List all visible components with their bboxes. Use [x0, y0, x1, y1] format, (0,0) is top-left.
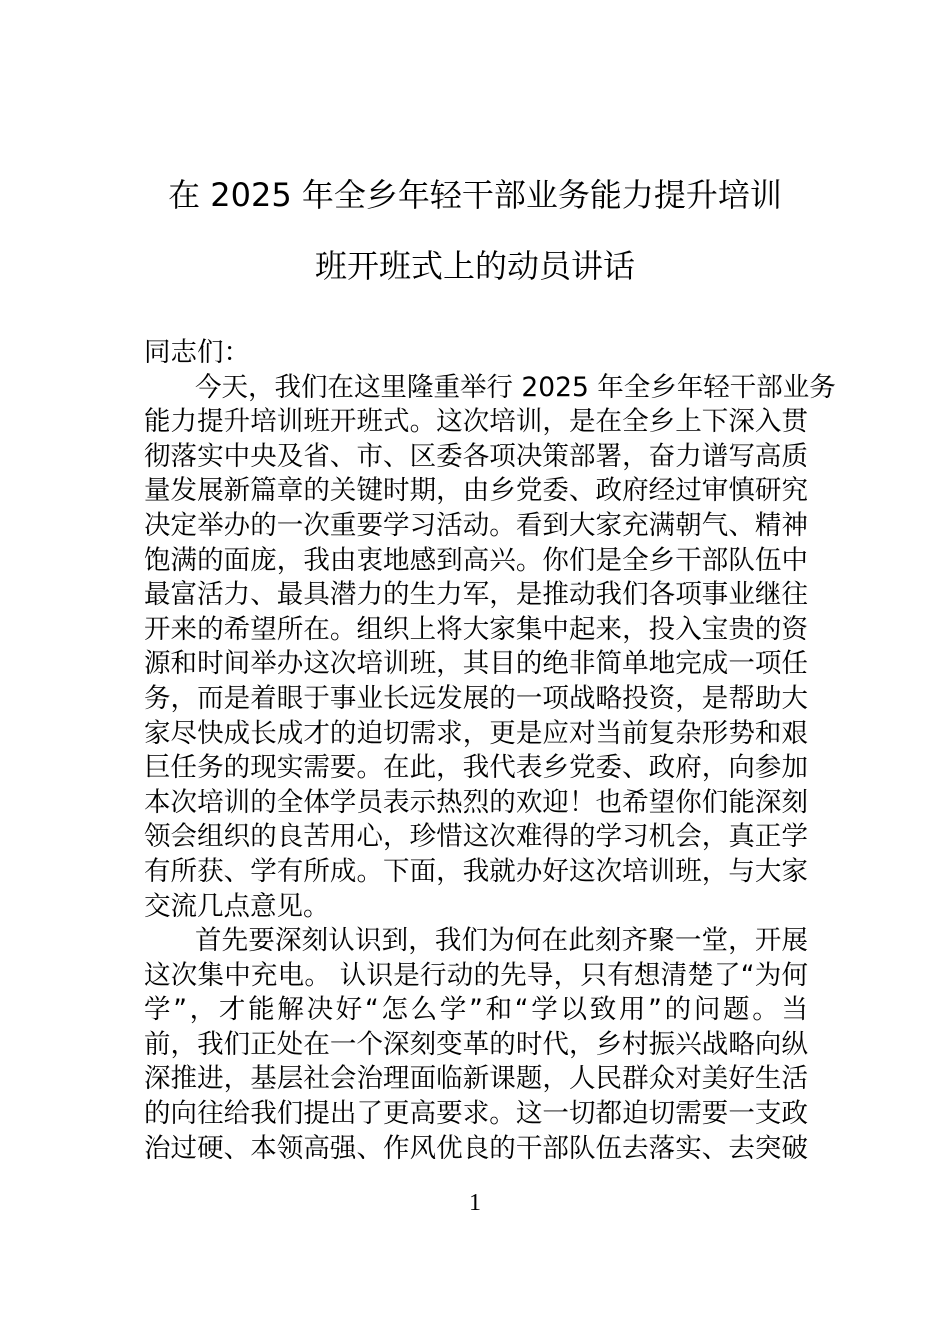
- document-body: 同志们： 今天，我们在这里隆重举行 2025 年全乡年轻干部业务 能力提升培训班…: [144, 336, 808, 1166]
- paragraph-line: 务，而是着眼于事业长远发展的一项战略投资，是帮助大: [144, 682, 808, 717]
- paragraph-line: 的向往给我们提出了更高要求。这一切都迫切需要一支政: [144, 1097, 808, 1132]
- paragraph-line: 本次培训的全体学员表示热烈的欢迎！也希望你们能深刻: [144, 786, 808, 821]
- paragraph-line: 学”，才能解决好“怎么学”和“学以致用”的问题。当: [144, 993, 808, 1028]
- paragraph-opening: 今天，我们在这里隆重举行 2025 年全乡年轻干部业务 能力提升培训班开班式。这…: [144, 371, 808, 925]
- paragraph-line: 饱满的面庞，我由衷地感到高兴。你们是全乡干部队伍中: [144, 544, 808, 579]
- paragraph-line: 能力提升培训班开班式。这次培训，是在全乡上下深入贯: [144, 405, 808, 440]
- paragraph-line: 今天，我们在这里隆重举行 2025 年全乡年轻干部业务: [144, 371, 808, 406]
- paragraph-line: 量发展新篇章的关键时期，由乡党委、政府经过审慎研究: [144, 474, 808, 509]
- document-page: 在 2025 年全乡年轻干部业务能力提升培训 班开班式上的动员讲话 同志们： 今…: [0, 0, 950, 1344]
- paragraph-line: 彻落实中央及省、市、区委各项决策部署，奋力谱写高质: [144, 440, 808, 475]
- paragraph-line: 首先要深刻认识到，我们为何在此刻齐聚一堂，开展: [144, 924, 808, 959]
- paragraph-line: 源和时间举办这次培训班，其目的绝非简单地完成一项任: [144, 647, 808, 682]
- paragraph-line: 家尽快成长成才的迫切需求，更是应对当前复杂形势和艰: [144, 717, 808, 752]
- paragraph-line: 开来的希望所在。组织上将大家集中起来，投入宝贵的资: [144, 613, 808, 648]
- paragraph-why-study: 首先要深刻认识到，我们为何在此刻齐聚一堂，开展 这次集中充电。 认识是行动的先导…: [144, 924, 808, 1166]
- document-title-line-2: 班开班式上的动员讲话: [100, 246, 850, 286]
- paragraph-line: 领会组织的良苦用心，珍惜这次难得的学习机会，真正学: [144, 820, 808, 855]
- paragraph-line: 深推进，基层社会治理面临新课题，人民群众对美好生活: [144, 1062, 808, 1097]
- paragraph-line: 前，我们正处在一个深刻变革的时代，乡村振兴战略向纵: [144, 1028, 808, 1063]
- paragraph-line: 巨任务的现实需要。在此，我代表乡党委、政府，向参加: [144, 751, 808, 786]
- paragraph-line: 交流几点意见。: [144, 890, 808, 925]
- salutation: 同志们：: [144, 336, 808, 371]
- page-number: 1: [0, 1188, 950, 1218]
- paragraph-line: 这次集中充电。 认识是行动的先导，只有想清楚了“为何: [144, 959, 808, 994]
- paragraph-line: 最富活力、最具潜力的生力军，是推动我们各项事业继往: [144, 578, 808, 613]
- paragraph-line: 治过硬、本领高强、作风优良的干部队伍去落实、去突破: [144, 1132, 808, 1167]
- paragraph-line: 有所获、学有所成。下面，我就办好这次培训班，与大家: [144, 855, 808, 890]
- paragraph-line: 决定举办的一次重要学习活动。看到大家充满朝气、精神: [144, 509, 808, 544]
- document-title-line-1: 在 2025 年全乡年轻干部业务能力提升培训: [100, 175, 850, 215]
